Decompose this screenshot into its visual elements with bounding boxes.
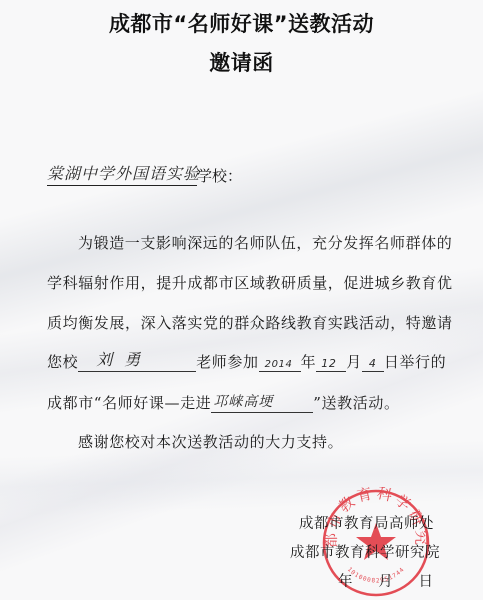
- year-handwritten: 2014: [265, 359, 293, 370]
- body-line-1: 为锻造一支影响深远的名师队伍，充分发挥名师群体的: [78, 232, 452, 253]
- teacher-name-handwritten: 刘勇: [96, 347, 152, 370]
- month-blank: 12: [316, 353, 346, 372]
- teacher-label: 老师参加: [196, 351, 258, 372]
- topic-blank: 邛崃高埂: [211, 394, 313, 413]
- topic-handwritten: 邛崃高埂: [213, 391, 273, 411]
- document-subtitle: 邀请函: [0, 47, 483, 77]
- date-year-label: 年: [338, 570, 353, 591]
- day-label: 日举行的: [384, 351, 446, 372]
- body-line-5: 成都市“名师好课—走进 邛崃高埂 ”送教活动。: [47, 392, 400, 413]
- activity-suffix: ”送教活动。: [313, 392, 399, 413]
- teacher-name-blank: 刘勇: [78, 353, 196, 372]
- body-line-3: 质均衡发展，深入落实党的群众路线教育实践活动，特邀请: [47, 312, 453, 333]
- prefix-text: 您校: [47, 351, 78, 372]
- body-line-2: 学科辐射作用，提升成都市区域教研质量，促进城乡教育优: [47, 272, 453, 293]
- date-day-label: 日: [419, 570, 434, 591]
- school-suffix: 学校：: [197, 165, 242, 186]
- school-name-handwritten: 棠湖中学外国语实验: [47, 161, 197, 186]
- month-handwritten: 12: [321, 357, 336, 370]
- activity-prefix: 成都市“名师好课—走进: [47, 392, 211, 413]
- date-month-label: 月: [378, 570, 393, 591]
- day-blank: 4: [362, 353, 384, 372]
- addressee: 棠湖中学外国语实验 学校：: [47, 161, 242, 186]
- body-line-4: 您校 刘勇 老师参加 2014 年 12 月 4 日举行的: [47, 351, 446, 372]
- year-label: 年: [301, 351, 317, 372]
- issuer-1: 成都市教育局高师处: [299, 512, 434, 533]
- year-blank: 2014: [259, 353, 301, 372]
- body-line-6: 感谢您校对本次送教活动的大力支持。: [78, 431, 343, 452]
- month-label: 月: [346, 351, 362, 372]
- issuer-2: 成都市教育科学研究院: [290, 541, 440, 562]
- signature-date: 年 月 日: [338, 570, 433, 591]
- document-title: 成都市“名师好课”送教活动: [0, 8, 483, 38]
- day-handwritten: 4: [369, 357, 377, 370]
